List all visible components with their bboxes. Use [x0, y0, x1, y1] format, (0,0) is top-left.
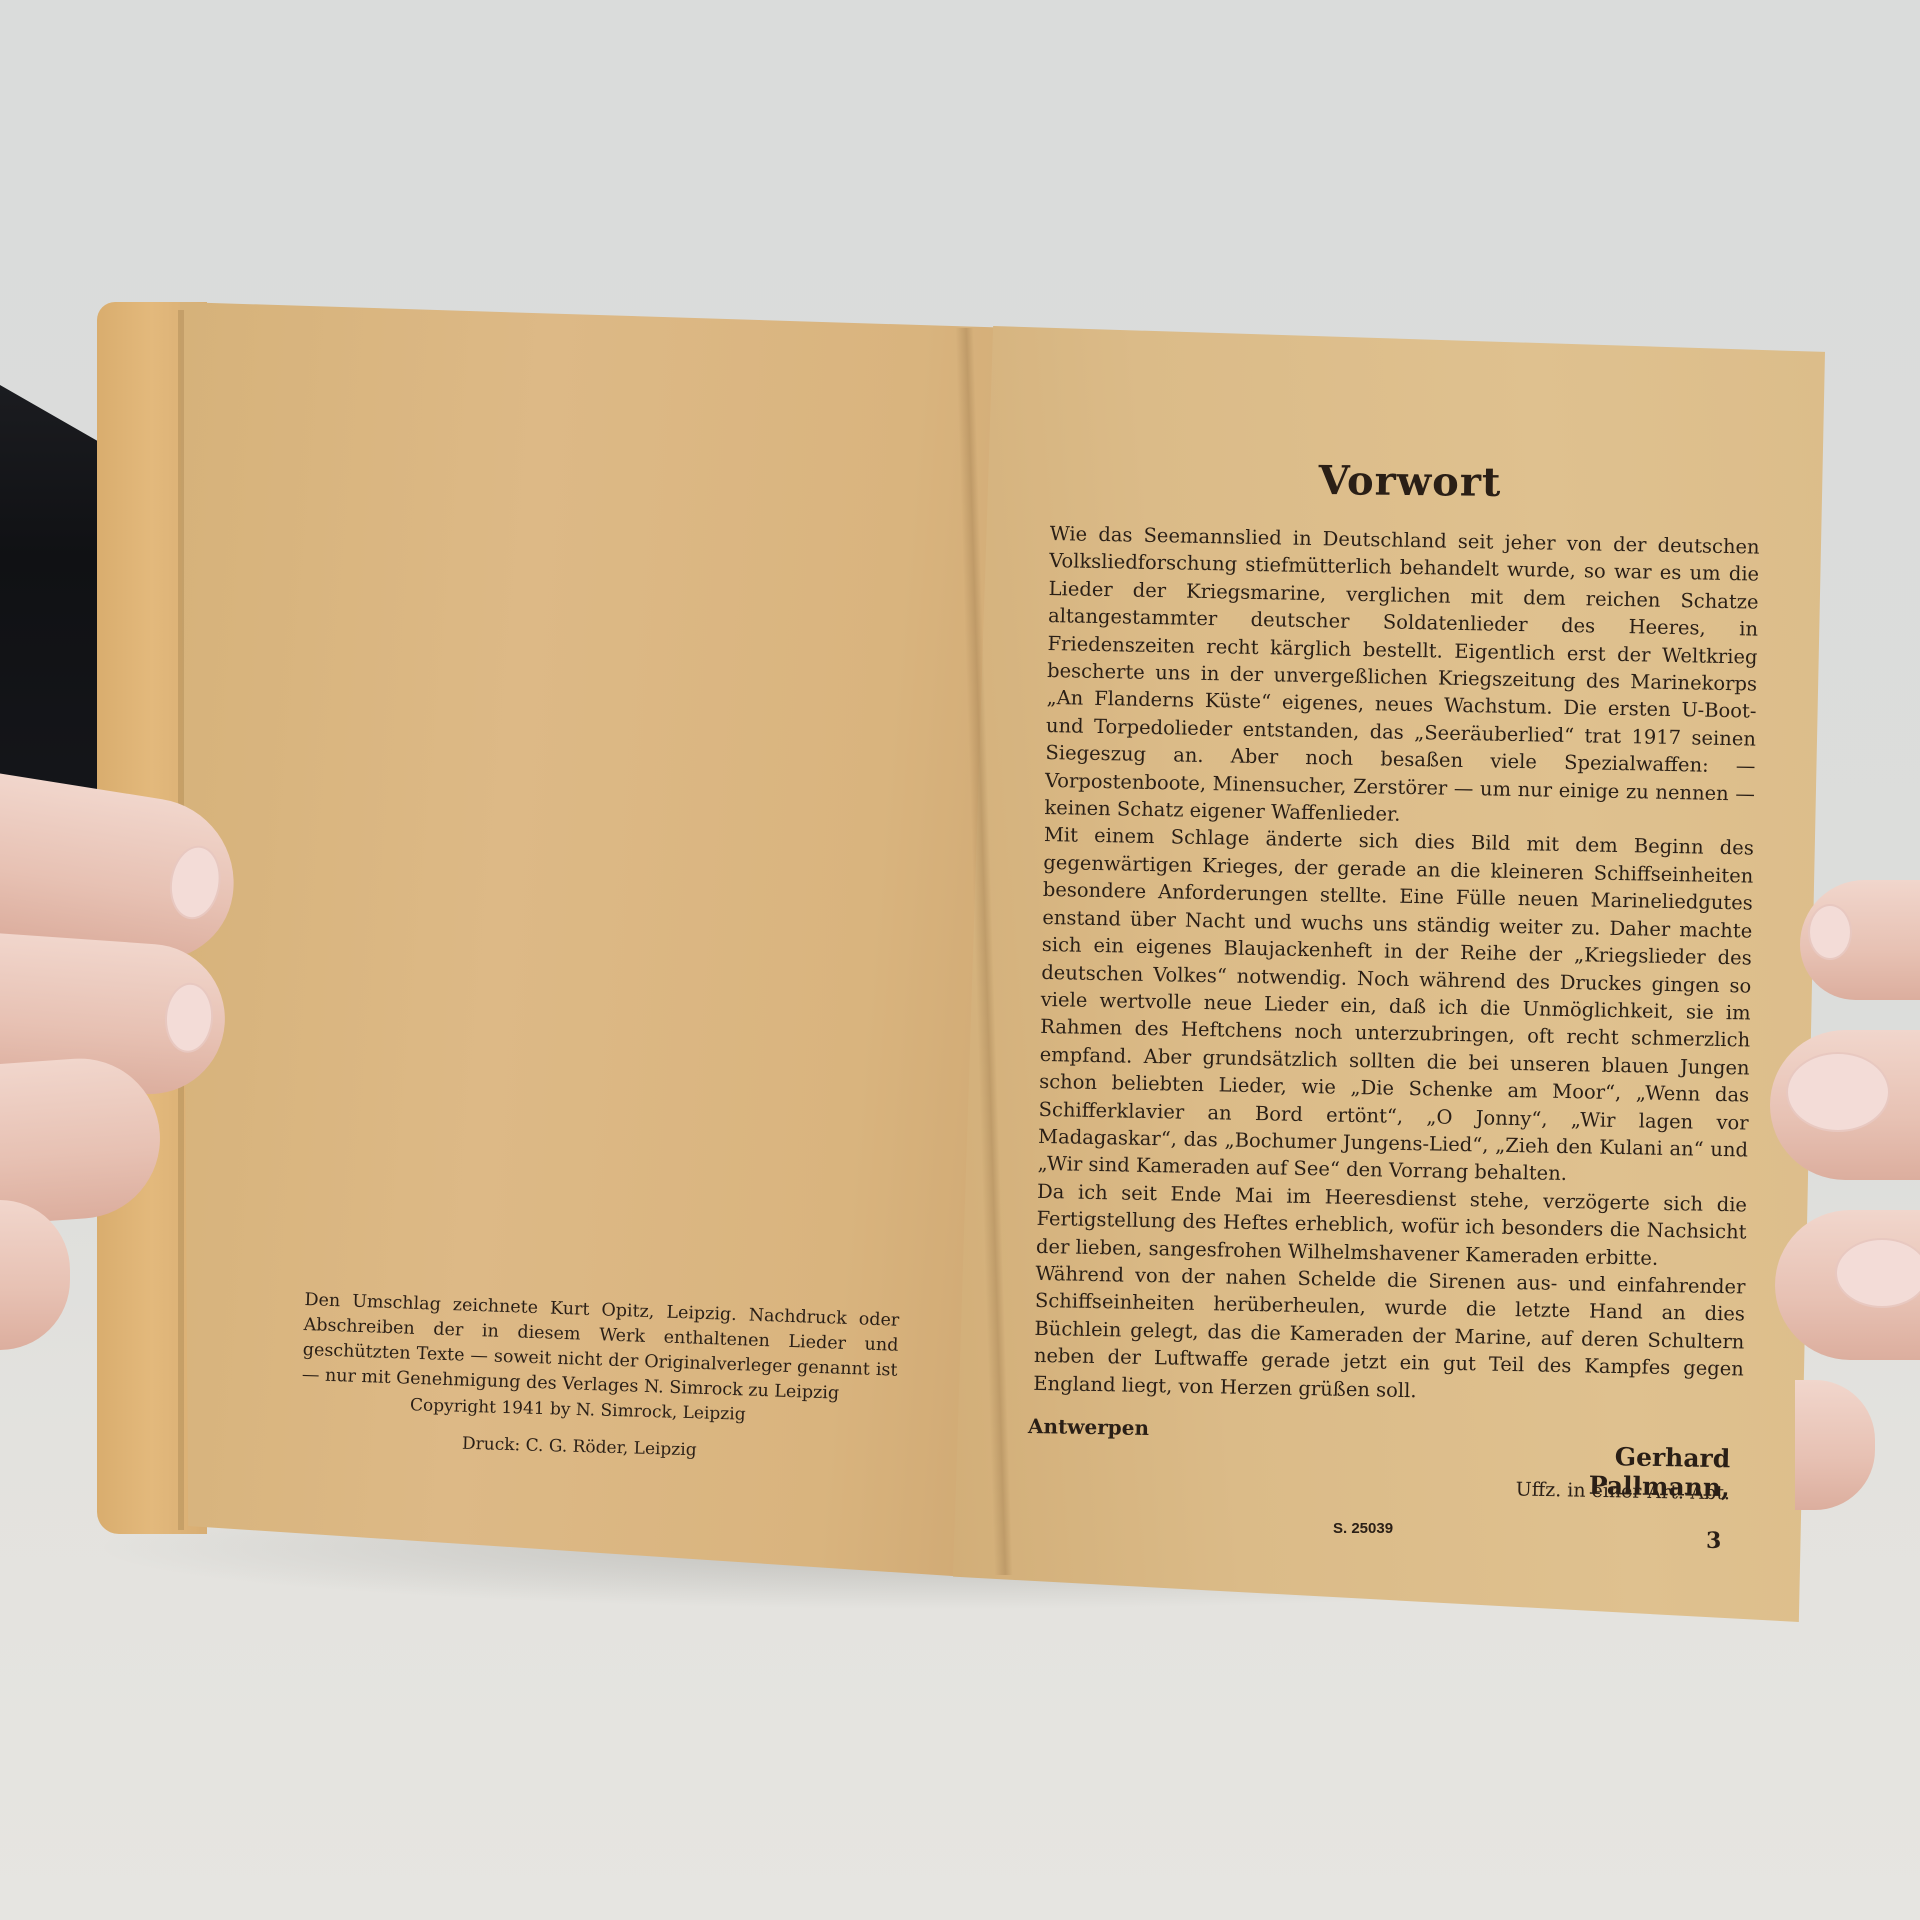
author-rank: Uffz. in einer Art.-Abt.	[1470, 1478, 1730, 1505]
foreword-paragraph: Während von der nahen Schelde die Sirene…	[1033, 1260, 1745, 1411]
left-hand-finger	[0, 1200, 70, 1350]
fingernail	[165, 842, 226, 923]
foreword-paragraph: Wie das Seemannslied in Deutschland seit…	[1044, 520, 1760, 835]
right-hand-finger	[1770, 1030, 1920, 1180]
reprint-notice: Den Umschlag zeichnete Kurt Opitz, Leipz…	[302, 1288, 900, 1409]
right-hand-finger	[1800, 880, 1920, 1000]
foreword-paragraph: Mit einem Schlage änderte sich dies Bild…	[1037, 821, 1754, 1191]
fingernail	[1786, 1052, 1890, 1132]
place-name: Antwerpen	[1028, 1414, 1149, 1440]
fingernail	[1835, 1238, 1920, 1308]
page-title: Vorwort	[1290, 457, 1530, 507]
fingernail	[163, 981, 216, 1054]
foreword-body: Wie das Seemannslied in Deutschland seit…	[1033, 520, 1760, 1410]
right-hand-thumb	[1795, 1380, 1875, 1510]
right-hand-finger	[1775, 1210, 1920, 1360]
fingernail	[1808, 904, 1852, 960]
foreword-paragraph: Da ich seit Ende Mai im Heeresdienst ste…	[1036, 1178, 1747, 1274]
page-number: 3	[1706, 1528, 1721, 1554]
print-code: S. 25039	[1333, 1520, 1393, 1537]
